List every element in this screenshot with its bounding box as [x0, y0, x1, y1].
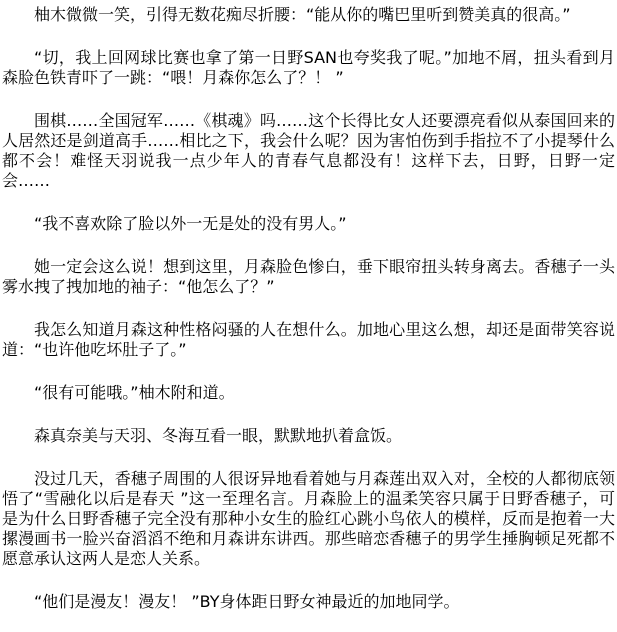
paragraph: “我不喜欢除了脸以外一无是处的没有男人。” [2, 214, 615, 234]
paragraph: 森真奈美与天羽、冬海互看一眼，默默地扒着盒饭。 [2, 426, 615, 446]
paragraph: “他们是漫友！漫友！ ”BY身体距日野女神最近的加地同学。 [2, 592, 615, 612]
paragraph: 柚木微微一笑，引得无数花痴尽折腰：“能从你的嘴巴里听到赞美真的很高。” [2, 5, 615, 25]
paragraph: 没过几天，香穗子周围的人很讶异地看着她与月森莲出双入对，全校的人都彻底领悟了“雪… [2, 469, 615, 569]
paragraph: 围棋……全国冠军……《棋魂》吗……这个长得比女人还要漂亮看似从泰国回来的人居然还… [2, 111, 615, 191]
paragraph: 她一定会这么说！想到这里，月森脸色惨白，垂下眼帘扭头转身离去。香穗子一头雾水拽了… [2, 257, 615, 297]
paragraph: “很有可能哦。”柚木附和道。 [2, 383, 615, 403]
novel-text-page: 柚木微微一笑，引得无数花痴尽折腰：“能从你的嘴巴里听到赞美真的很高。” “切，我… [0, 0, 617, 632]
paragraph: 我怎么知道月森这种性格闷骚的人在想什么。加地心里这么想，却还是面带笑容说道：“也… [2, 320, 615, 360]
paragraph: “切，我上回网球比赛也拿了第一日野SAN也夸奖我了呢。”加地不屑，扭头看到月森脸… [2, 48, 615, 88]
